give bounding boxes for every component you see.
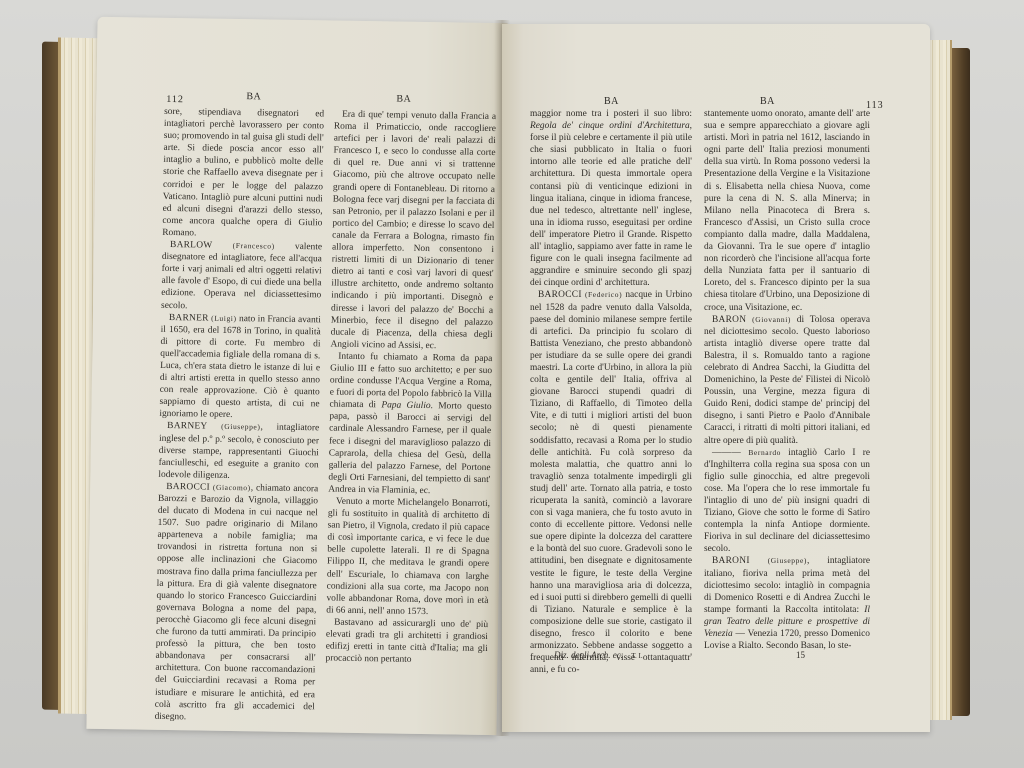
paragraph: Intanto fu chiamato a Roma da papa Giuli… [328, 350, 492, 498]
entry-given-name: (Giuseppe) [221, 422, 260, 432]
signature-mark: 15 [796, 650, 805, 660]
entry-headword: BAROCCI [538, 290, 582, 300]
text-column: Era di que' tempi venuto dalla Francia a… [325, 109, 496, 668]
dictionary-entry: BARONI (Giuseppe), intagliatore italiano… [704, 555, 870, 652]
running-head: BA [246, 91, 261, 102]
entry-given-name: Bernardo [748, 448, 781, 457]
text-column: sore, stipendiava disegnatori ed intagli… [155, 106, 325, 725]
paragraph-text: , forse il più celebre e certamente il p… [530, 121, 692, 288]
italic-title: Regola de' cinque ordini d'Architettura [530, 121, 690, 131]
running-head: BA [760, 96, 775, 107]
dictionary-entry: BARNEY (Giuseppe), intagliatore inglese … [158, 420, 319, 483]
paragraph-text: . Morto questo papa, passò il Barocci ai… [328, 401, 491, 496]
paragraph: maggior nome tra i posteri il suo libro:… [530, 108, 692, 289]
entry-headword: BAROCCI [166, 482, 210, 493]
paragraph-text: Bastavano ad assicurargli uno de' più el… [325, 618, 488, 665]
right-page: BA BA 113 maggior nome tra i posteri il … [502, 24, 930, 732]
text-column: maggior nome tra i posteri il suo libro:… [530, 108, 692, 676]
entry-headword: BARONI [712, 556, 750, 566]
entry-headword: ——— [712, 448, 741, 458]
entry-given-name: (Giuseppe) [768, 556, 807, 565]
paragraph-text: di Tolosa operava nel diciottesimo secol… [704, 315, 870, 446]
dictionary-entry: BARLOW (Francesco) valente disegnatore e… [161, 239, 322, 314]
paragraph-text: sore, stipendiava disegnatori ed intagli… [162, 107, 324, 238]
paragraph: stantemente uomo onorato, amante dell' a… [704, 108, 870, 314]
dictionary-entry: ——— Bernardo intagliò Carlo I re d'Inghi… [704, 447, 870, 556]
paragraph-text: intagliò Carlo I re d'Inghilterra colla … [704, 448, 870, 555]
running-head: BA [604, 96, 619, 107]
entry-given-name: (Luigi) [211, 313, 237, 322]
running-head: BA [396, 94, 411, 105]
text-column: stantemente uomo onorato, amante dell' a… [704, 108, 870, 652]
paragraph-text: Era di que' tempi venuto dalla Francia a… [330, 110, 496, 351]
entry-headword: BARNEY [167, 421, 207, 432]
entry-given-name: (Giacomo) [213, 483, 251, 493]
paragraph-text: valente disegnatore ed intagliatore, fec… [161, 242, 322, 311]
dictionary-entry: BARNER (Luigi) nato in Francia avanti il… [159, 311, 321, 422]
paragraph: sore, stipendiava disegnatori ed intagli… [162, 106, 324, 242]
dictionary-entry: BARON (Giovanni) di Tolosa operava nel d… [704, 314, 870, 447]
left-page: 112 BA BA sore, stipendiava disegnatori … [86, 17, 507, 735]
entry-given-name: (Federico) [585, 290, 622, 299]
page-number: 112 [166, 94, 184, 105]
entry-headword: BARON [712, 315, 746, 325]
open-book: 112 BA BA sore, stipendiava disegnatori … [0, 0, 1024, 768]
entry-given-name: (Giovanni) [752, 315, 791, 324]
entry-headword: BARLOW [170, 240, 213, 251]
paragraph: Bastavano ad assicurargli uno de' più el… [325, 616, 488, 667]
entry-given-name: (Francesco) [233, 241, 275, 251]
paragraph-text: , chiamato ancora Barozzi e Barozio da V… [155, 483, 319, 722]
paragraph: Venuto a morte Michelangelo Bonarroti, g… [326, 496, 490, 619]
paragraph-text: stantemente uomo onorato, amante dell' a… [704, 109, 870, 313]
dictionary-entry: BAROCCI (Federico) nacque in Urbino nel … [530, 289, 692, 676]
signature-title: Diz. degli Arch. ec. T. I. [554, 650, 643, 660]
italic-title: Papa Giulio [381, 401, 430, 412]
paragraph-text: Venuto a morte Michelangelo Bonarroti, g… [326, 497, 490, 617]
entry-headword: BARNER [169, 313, 209, 324]
paragraph-text: nacque in Urbino nel 1528 da padre venut… [530, 290, 692, 675]
paragraph: Era di que' tempi venuto dalla Francia a… [330, 109, 496, 353]
paragraph-text: nato in Francia avanti il 1650, era del … [159, 314, 321, 421]
dictionary-entry: BAROCCI (Giacomo), chiamato ancora Baroz… [155, 481, 319, 725]
paragraph-text: maggior nome tra i posteri il suo libro: [530, 109, 692, 119]
